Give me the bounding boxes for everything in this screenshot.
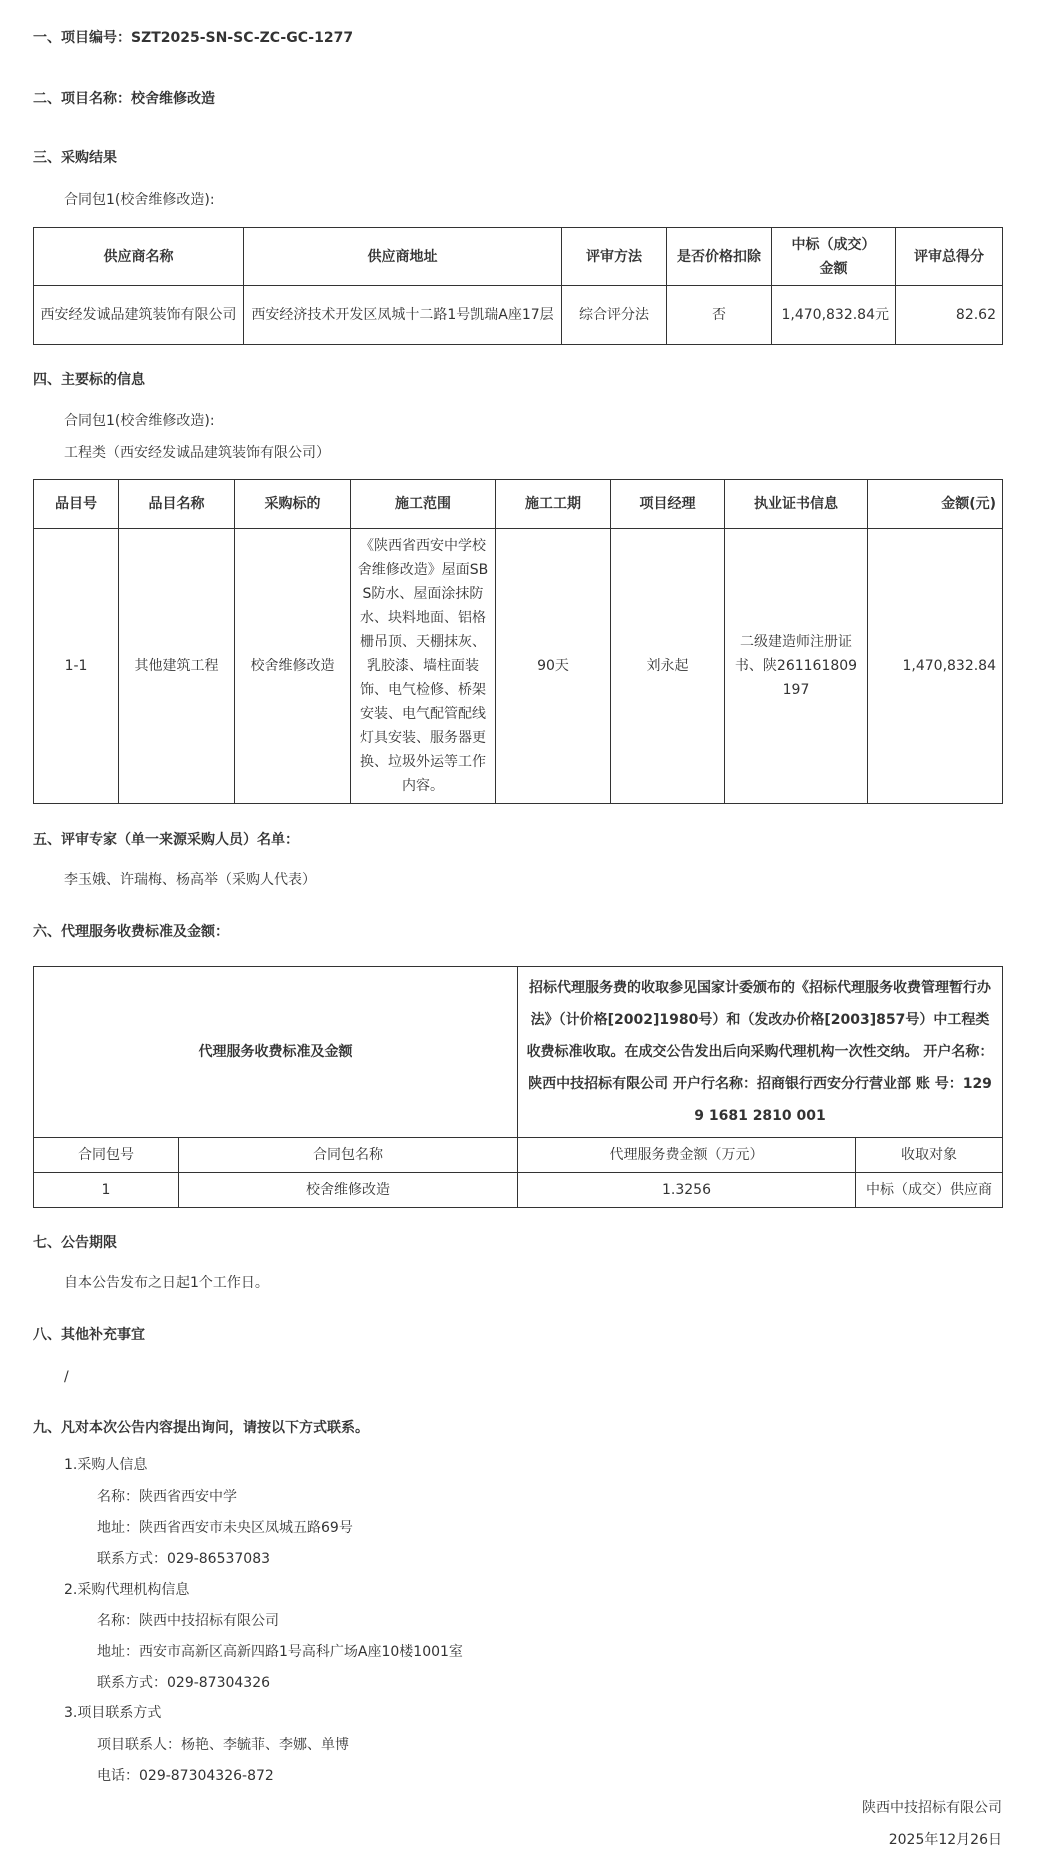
- fee-table-header: 合同包号 合同包名称 代理服务费金额（万元） 收取对象: [34, 1138, 1003, 1173]
- item-name: 其他建筑工程: [119, 529, 235, 804]
- section-contact: 九、凡对本次公告内容提出询问，请按以下方式联系。: [33, 1418, 369, 1438]
- purchaser-phone: 联系方式：029-86537083: [97, 1549, 270, 1569]
- review-method: 综合评分法: [562, 286, 667, 345]
- section-project-name: 二、项目名称：校舍维修改造: [33, 89, 215, 109]
- project-manager: 刘永起: [611, 529, 725, 804]
- result-package-label: 合同包1(校舍维修改造):: [64, 190, 215, 210]
- construction-period: 90天: [496, 529, 611, 804]
- result-table: 供应商名称 供应商地址 评审方法 是否价格扣除 中标（成交）金额 评审总得分 西…: [33, 227, 1003, 345]
- signature-date: 2025年12月26日: [889, 1830, 1002, 1850]
- header-award-amount: 中标（成交）金额: [772, 228, 896, 286]
- subject-package-label: 合同包1(校舍维修改造):: [64, 411, 215, 431]
- header-amount: 金额(元): [868, 480, 1003, 529]
- subject-table: 品目号 品目名称 采购标的 施工范围 施工工期 项目经理 执业证书信息 金额(元…: [33, 479, 1003, 804]
- header-item-number: 品目号: [34, 480, 119, 529]
- construction-scope: 《陕西省西安中学校舍维修改造》屋面SBS防水、屋面涂抹防水、块料地面、铝格栅吊顶…: [351, 529, 496, 804]
- certificate-info: 二级建造师注册证书、陕261161809197: [725, 529, 868, 804]
- experts-list: 李玉娥、许瑞梅、杨高举（采购人代表）: [64, 870, 316, 890]
- header-project-manager: 项目经理: [611, 480, 725, 529]
- section-main-subject: 四、主要标的信息: [33, 370, 145, 390]
- section-procurement-result: 三、采购结果: [33, 148, 117, 168]
- supplier-name: 西安经发诚品建筑装饰有限公司: [34, 286, 244, 345]
- header-package-number: 合同包号: [34, 1138, 179, 1173]
- other-matters-text: /: [64, 1367, 69, 1387]
- header-price-deduction: 是否价格扣除: [667, 228, 772, 286]
- section-project-number: 一、项目编号：SZT2025-SN-SC-ZC-GC-1277: [33, 28, 353, 48]
- section-notice-period: 七、公告期限: [33, 1233, 117, 1253]
- project-contacts: 项目联系人：杨艳、李毓菲、李娜、单博: [97, 1735, 349, 1755]
- header-construction-scope: 施工范围: [351, 480, 496, 529]
- project-contact-title: 3.项目联系方式: [64, 1703, 161, 1723]
- header-fee-amount: 代理服务费金额（万元）: [518, 1138, 856, 1173]
- package-name: 校舍维修改造: [179, 1173, 518, 1208]
- amount: 1,470,832.84: [868, 529, 1003, 804]
- purchaser-info-title: 1.采购人信息: [64, 1455, 147, 1475]
- header-total-score: 评审总得分: [896, 228, 1003, 286]
- section-agency-fee: 六、代理服务收费标准及金额：: [33, 922, 229, 942]
- fee-description: 招标代理服务费的收取参见国家计委颁布的《招标代理服务收费管理暂行办法》（计价格[…: [518, 967, 1003, 1138]
- procurement-subject: 校舍维修改造: [235, 529, 351, 804]
- header-construction-period: 施工工期: [496, 480, 611, 529]
- header-item-name: 品目名称: [119, 480, 235, 529]
- header-supplier-name: 供应商名称: [34, 228, 244, 286]
- section-experts: 五、评审专家（单一来源采购人员）名单：: [33, 830, 299, 850]
- agency-address: 地址：西安市高新区高新四路1号高科广场A座10楼1001室: [97, 1642, 463, 1662]
- table-row: 1-1 其他建筑工程 校舍维修改造 《陕西省西安中学校舍维修改造》屋面SBS防水…: [34, 529, 1003, 804]
- header-package-name: 合同包名称: [179, 1138, 518, 1173]
- header-review-method: 评审方法: [562, 228, 667, 286]
- fee-label: 代理服务收费标准及金额: [34, 967, 518, 1138]
- purchaser-address: 地址：陕西省西安市未央区凤城五路69号: [97, 1518, 353, 1538]
- header-fee-payer: 收取对象: [856, 1138, 1003, 1173]
- price-deduction: 否: [667, 286, 772, 345]
- notice-period-text: 自本公告发布之日起1个工作日。: [64, 1273, 269, 1293]
- header-certificate-info: 执业证书信息: [725, 480, 868, 529]
- fee-standard-row: 代理服务收费标准及金额 招标代理服务费的收取参见国家计委颁布的《招标代理服务收费…: [34, 967, 1003, 1138]
- result-table-header: 供应商名称 供应商地址 评审方法 是否价格扣除 中标（成交）金额 评审总得分: [34, 228, 1003, 286]
- agency-info-title: 2.采购代理机构信息: [64, 1580, 189, 1600]
- total-score: 82.62: [896, 286, 1003, 345]
- table-row: 西安经发诚品建筑装饰有限公司 西安经济技术开发区凤城十二路1号凯瑞A座17层 综…: [34, 286, 1003, 345]
- agency-name: 名称：陕西中技招标有限公司: [97, 1611, 279, 1631]
- table-row: 1 校舍维修改造 1.3256 中标（成交）供应商: [34, 1173, 1003, 1208]
- header-procurement-subject: 采购标的: [235, 480, 351, 529]
- fee-payer: 中标（成交）供应商: [856, 1173, 1003, 1208]
- award-amount: 1,470,832.84元: [772, 286, 896, 345]
- item-number: 1-1: [34, 529, 119, 804]
- signature-org: 陕西中技招标有限公司: [862, 1798, 1002, 1818]
- supplier-address: 西安经济技术开发区凤城十二路1号凯瑞A座17层: [244, 286, 562, 345]
- subject-category-label: 工程类（西安经发诚品建筑装饰有限公司）: [64, 443, 330, 463]
- header-supplier-address: 供应商地址: [244, 228, 562, 286]
- agency-phone: 联系方式：029-87304326: [97, 1673, 270, 1693]
- subject-table-header: 品目号 品目名称 采购标的 施工范围 施工工期 项目经理 执业证书信息 金额(元…: [34, 480, 1003, 529]
- fee-amount: 1.3256: [518, 1173, 856, 1208]
- purchaser-name: 名称：陕西省西安中学: [97, 1487, 237, 1507]
- section-other-matters: 八、其他补充事宜: [33, 1325, 145, 1345]
- package-number: 1: [34, 1173, 179, 1208]
- fee-table: 代理服务收费标准及金额 招标代理服务费的收取参见国家计委颁布的《招标代理服务收费…: [33, 966, 1003, 1208]
- project-phone: 电话：029-87304326-872: [97, 1766, 274, 1786]
